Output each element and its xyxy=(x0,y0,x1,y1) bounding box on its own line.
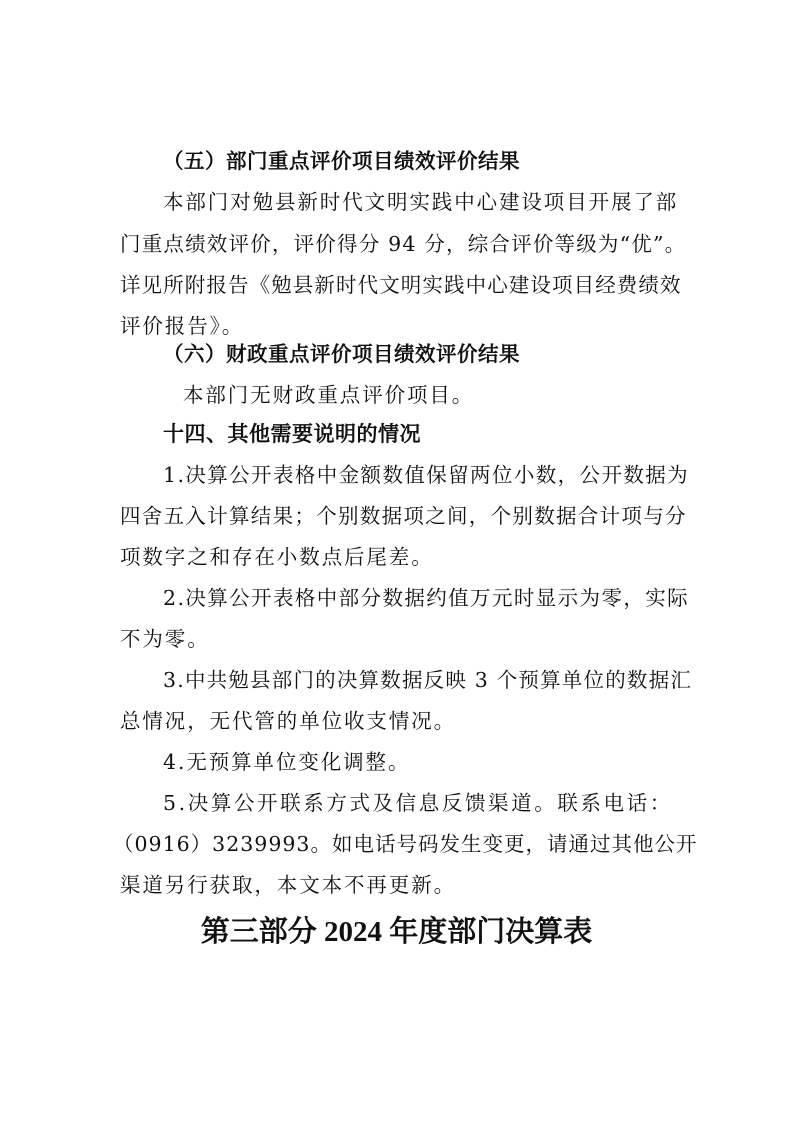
list-item-line: 4.无预算单位变化调整。 xyxy=(163,748,410,776)
list-item-line: 1.决算公开表格中金额数值保留两位小数，公开数据为 xyxy=(163,461,689,489)
list-item-line: 渠道另行获取，本文本不再更新。 xyxy=(120,871,456,899)
list-item-line: 总情况，无代管的单位收支情况。 xyxy=(120,707,456,735)
list-item-line: 四舍五入计算结果；个别数据项之间，个别数据合计项与分 xyxy=(120,502,687,530)
section-heading-5: （五）部门重点评价项目绩效评价结果 xyxy=(163,147,520,175)
section-heading-14: 十四、其他需要说明的情况 xyxy=(163,420,421,448)
paragraph-line: 本部门对勉县新时代文明实践中心建设项目开展了部 xyxy=(163,188,678,216)
section-heading-6: （六）财政重点评价项目绩效评价结果 xyxy=(163,340,520,368)
paragraph-line: 门重点绩效评价，评价得分 94 分，综合评价等级为“优”。 xyxy=(120,230,686,258)
part-title: 第三部分 2024 年度部门决算表 xyxy=(0,909,793,950)
list-item-line: （0916）3239993。如电话号码发生变更，请通过其他公开 xyxy=(113,830,697,858)
paragraph-line: 详见所附报告《勉县新时代文明实践中心建设项目经费绩效 xyxy=(120,271,682,299)
list-item-line: 2.决算公开表格中部分数据约值万元时显示为零，实际 xyxy=(163,584,689,612)
list-item-line: 不为零。 xyxy=(120,625,210,653)
paragraph-line: 本部门无财政重点评价项目。 xyxy=(183,381,474,409)
paragraph-line: 评价报告》。 xyxy=(120,312,244,340)
list-item-line: 项数字之和存在小数点后尾差。 xyxy=(120,543,434,571)
list-item-line: 5.决算公开联系方式及信息反馈渠道。联系电话： xyxy=(163,789,673,817)
list-item-line: 3.中共勉县部门的决算数据反映 3 个预算单位的数据汇 xyxy=(163,666,692,694)
